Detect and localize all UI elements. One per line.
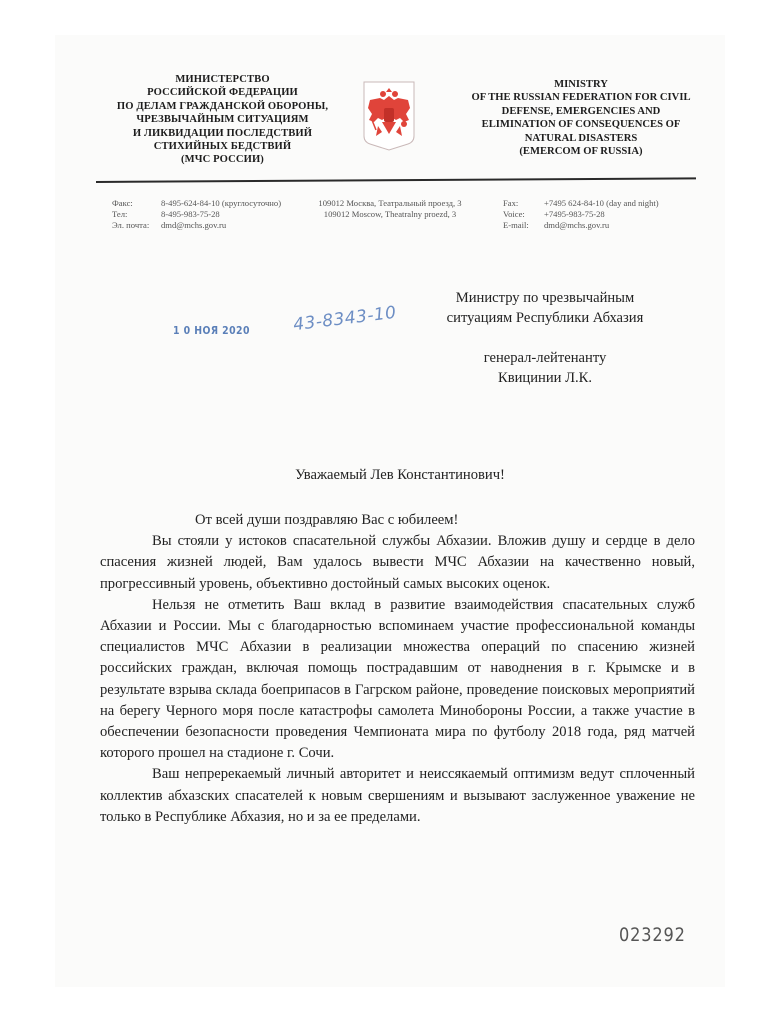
recipient-line: Министру по чрезвычайным xyxy=(425,288,665,308)
letterhead-ru-line: И ЛИКВИДАЦИИ ПОСЛЕДСТВИЙ xyxy=(95,127,350,140)
salutation: Уважаемый Лев Константинович! xyxy=(100,467,700,484)
contact-row: Voice:+7495-983-75-28 xyxy=(503,209,659,220)
recipient-line: ситуациям Республики Абхазия xyxy=(425,308,665,328)
letterhead-ru-line: СТИХИЙНЫХ БЕДСТВИЙ xyxy=(95,140,350,153)
letterhead-english: MINISTRY OF THE RUSSIAN FEDERATION FOR C… xyxy=(452,78,710,158)
letterhead-ru-line: (МЧС РОССИИ) xyxy=(95,153,350,166)
address-line: 109012 Moscow, Theatralny proezd, 3 xyxy=(300,209,480,220)
body-paragraph: Вы стояли у истоков спасательной службы … xyxy=(100,531,695,595)
letterhead-en-line: NATURAL DISASTERS xyxy=(452,132,710,145)
letterhead-en-line: (EMERCOM OF RUSSIA) xyxy=(452,145,710,158)
recipient-name: Квицинии Л.К. xyxy=(425,368,665,388)
date-stamp: 1 0 НОЯ 2020 xyxy=(173,324,250,337)
contact-row: Эл. почта:dmd@mchs.gov.ru xyxy=(112,220,281,231)
body-paragraph: Ваш непререкаемый личный авторитет и неи… xyxy=(100,764,695,828)
email-link: dmd@mchs.gov.ru xyxy=(161,220,226,230)
address-line: 109012 Москва, Театральный проезд, 3 xyxy=(300,198,480,209)
email-link: dmd@mchs.gov.ru xyxy=(544,220,609,230)
letterhead-ru-line: МИНИСТЕРСТВО xyxy=(95,73,350,86)
contact-row: Fax:+7495 624-84-10 (day and night) xyxy=(503,198,659,209)
contacts-russian: Факс:8-495-624-84-10 (круглосуточно) Тел… xyxy=(112,198,281,231)
letterhead-ru-line: РОССИЙСКОЙ ФЕДЕРАЦИИ xyxy=(95,86,350,99)
letterhead-en-line: MINISTRY xyxy=(452,78,710,91)
letterhead-ru-line: ПО ДЕЛАМ ГРАЖДАНСКОЙ ОБОРОНЫ, xyxy=(95,100,350,113)
contacts-english: Fax:+7495 624-84-10 (day and night) Voic… xyxy=(503,198,659,231)
letterhead-en-line: ELIMINATION OF CONSEQUENCES OF xyxy=(452,118,710,131)
body-paragraph: Нельзя не отметить Ваш вклад в развитие … xyxy=(100,595,695,765)
contact-row: Факс:8-495-624-84-10 (круглосуточно) xyxy=(112,198,281,209)
contacts-address: 109012 Москва, Театральный проезд, 3 109… xyxy=(300,198,480,220)
letterhead-ru-line: ЧРЕЗВЫЧАЙНЫМ СИТУАЦИЯМ xyxy=(95,113,350,126)
letterhead-en-line: DEFENSE, EMERGENCIES AND xyxy=(452,105,710,118)
contact-row: E-mail:dmd@mchs.gov.ru xyxy=(503,220,659,231)
letter-body: От всей души поздравляю Вас с юбилеем! В… xyxy=(143,510,695,828)
letterhead-en-line: OF THE RUSSIAN FEDERATION FOR CIVIL xyxy=(452,91,710,104)
recipient-rank: генерал-лейтенанту xyxy=(425,348,665,368)
spacer xyxy=(425,328,665,348)
serial-number: 023292 xyxy=(619,924,686,946)
russian-coat-of-arms-icon xyxy=(360,78,418,153)
recipient-block: Министру по чрезвычайным ситуациям Респу… xyxy=(425,288,665,388)
body-paragraph: От всей души поздравляю Вас с юбилеем! xyxy=(143,510,695,531)
letterhead-russian: МИНИСТЕРСТВО РОССИЙСКОЙ ФЕДЕРАЦИИ ПО ДЕЛ… xyxy=(95,73,350,167)
contact-row: Тел:8-495-983-75-28 xyxy=(112,209,281,220)
